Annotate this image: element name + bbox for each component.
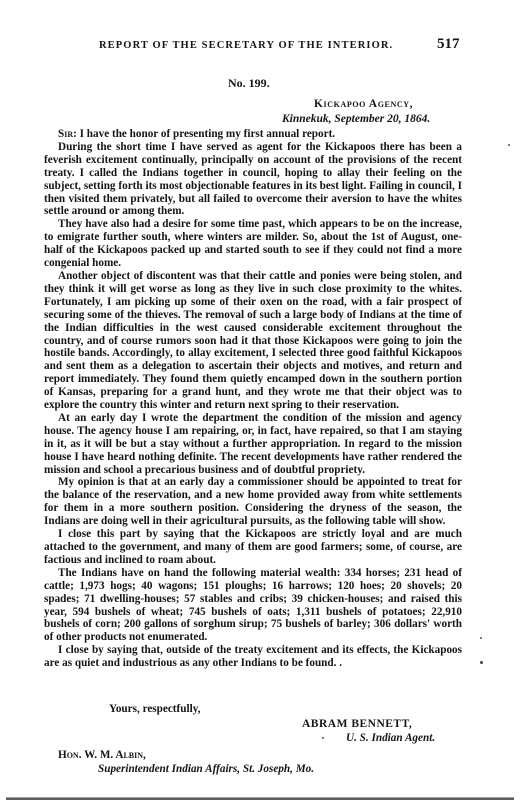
salutation-word: Sir (58, 128, 73, 140)
letter-body: Sir: I have the honor of presenting my f… (44, 128, 462, 670)
paragraph: I close this part by saying that the Kic… (44, 528, 462, 567)
paragraph: I close by saying that, outside of the t… (44, 644, 462, 670)
closing: Yours, respectfully, (109, 703, 200, 715)
signer-name: ABRAM BENNETT, (302, 718, 412, 730)
paragraph: At an early day I wrote the department t… (44, 412, 462, 477)
running-head: REPORT OF THE SECRETARY OF THE INTERIOR. (99, 40, 461, 51)
addressee-name-text: Hon. W. M. Albin, (58, 749, 146, 761)
scan-speck (508, 144, 510, 146)
paragraph: Another object of discontent was that th… (44, 270, 462, 412)
signer-title: U. S. Indian Agent. (346, 732, 435, 744)
addressee-title: Superintendent Indian Affairs, St. Josep… (98, 763, 314, 775)
scan-speck (322, 737, 324, 739)
scan-speck (480, 637, 482, 639)
dateline-date: Kinnekuk, September 20, 1864. (282, 113, 430, 125)
paragraph: During the short time I have served as a… (44, 141, 462, 218)
addressee-name: Hon. W. M. Albin, (58, 749, 146, 761)
page-number: 517 (437, 36, 460, 53)
document-page: REPORT OF THE SECRETARY OF THE INTERIOR.… (0, 0, 520, 800)
paragraph: They have also had a desire for some tim… (44, 218, 462, 270)
salutation-text: : I have the honor of presenting my firs… (73, 128, 335, 140)
dateline-place: Kickapoo Agency, (314, 98, 413, 110)
letter-number: No. 199. (228, 76, 270, 91)
scan-speck (480, 661, 483, 664)
paragraph: The Indians have on hand the following m… (44, 567, 462, 644)
salutation: Sir: I have the honor of presenting my f… (44, 128, 462, 141)
paragraph: My opinion is that at an early day a com… (44, 476, 462, 528)
